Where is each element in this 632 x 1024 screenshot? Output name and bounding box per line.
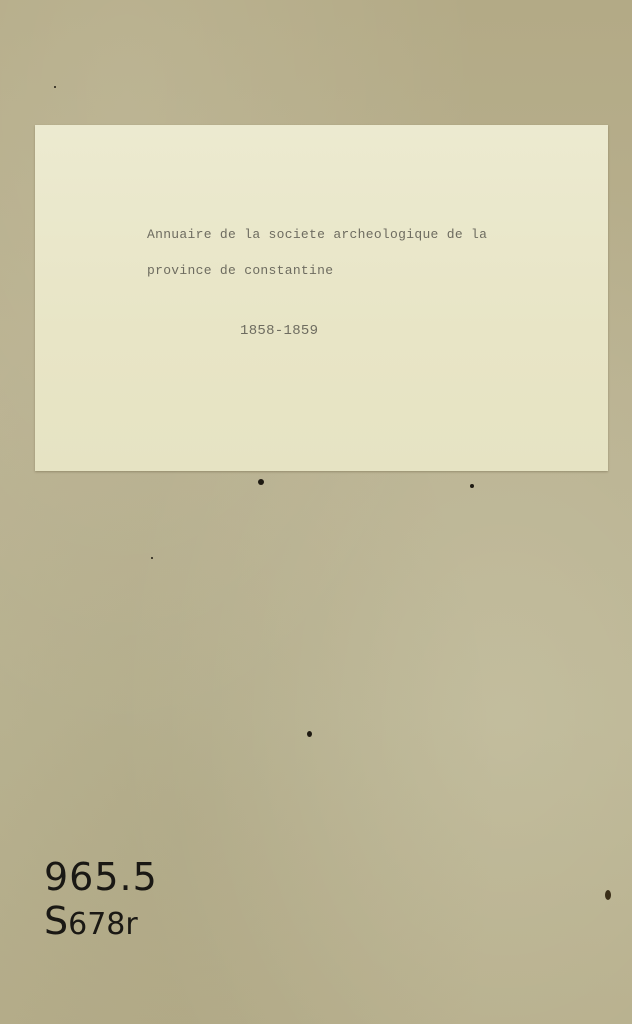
ink-spot xyxy=(151,557,153,559)
book-cover: Annuaire de la societe archeologique de … xyxy=(0,0,632,1024)
title-line-1: Annuaire de la societe archeologique de … xyxy=(147,227,487,242)
ink-spot xyxy=(307,731,312,737)
ink-spot xyxy=(605,890,611,900)
cutter-number: 678r xyxy=(68,907,138,942)
cutter-initial: S xyxy=(44,899,68,943)
call-number-cutter: S678r xyxy=(44,902,138,940)
call-number-class: 965.5 xyxy=(44,858,158,896)
ink-spot xyxy=(470,484,474,488)
date-range: 1858-1859 xyxy=(240,323,318,339)
ink-spot xyxy=(258,479,264,485)
title-label: Annuaire de la societe archeologique de … xyxy=(35,125,608,471)
title-line-2: province de constantine xyxy=(147,263,333,278)
ink-spot xyxy=(54,86,56,88)
